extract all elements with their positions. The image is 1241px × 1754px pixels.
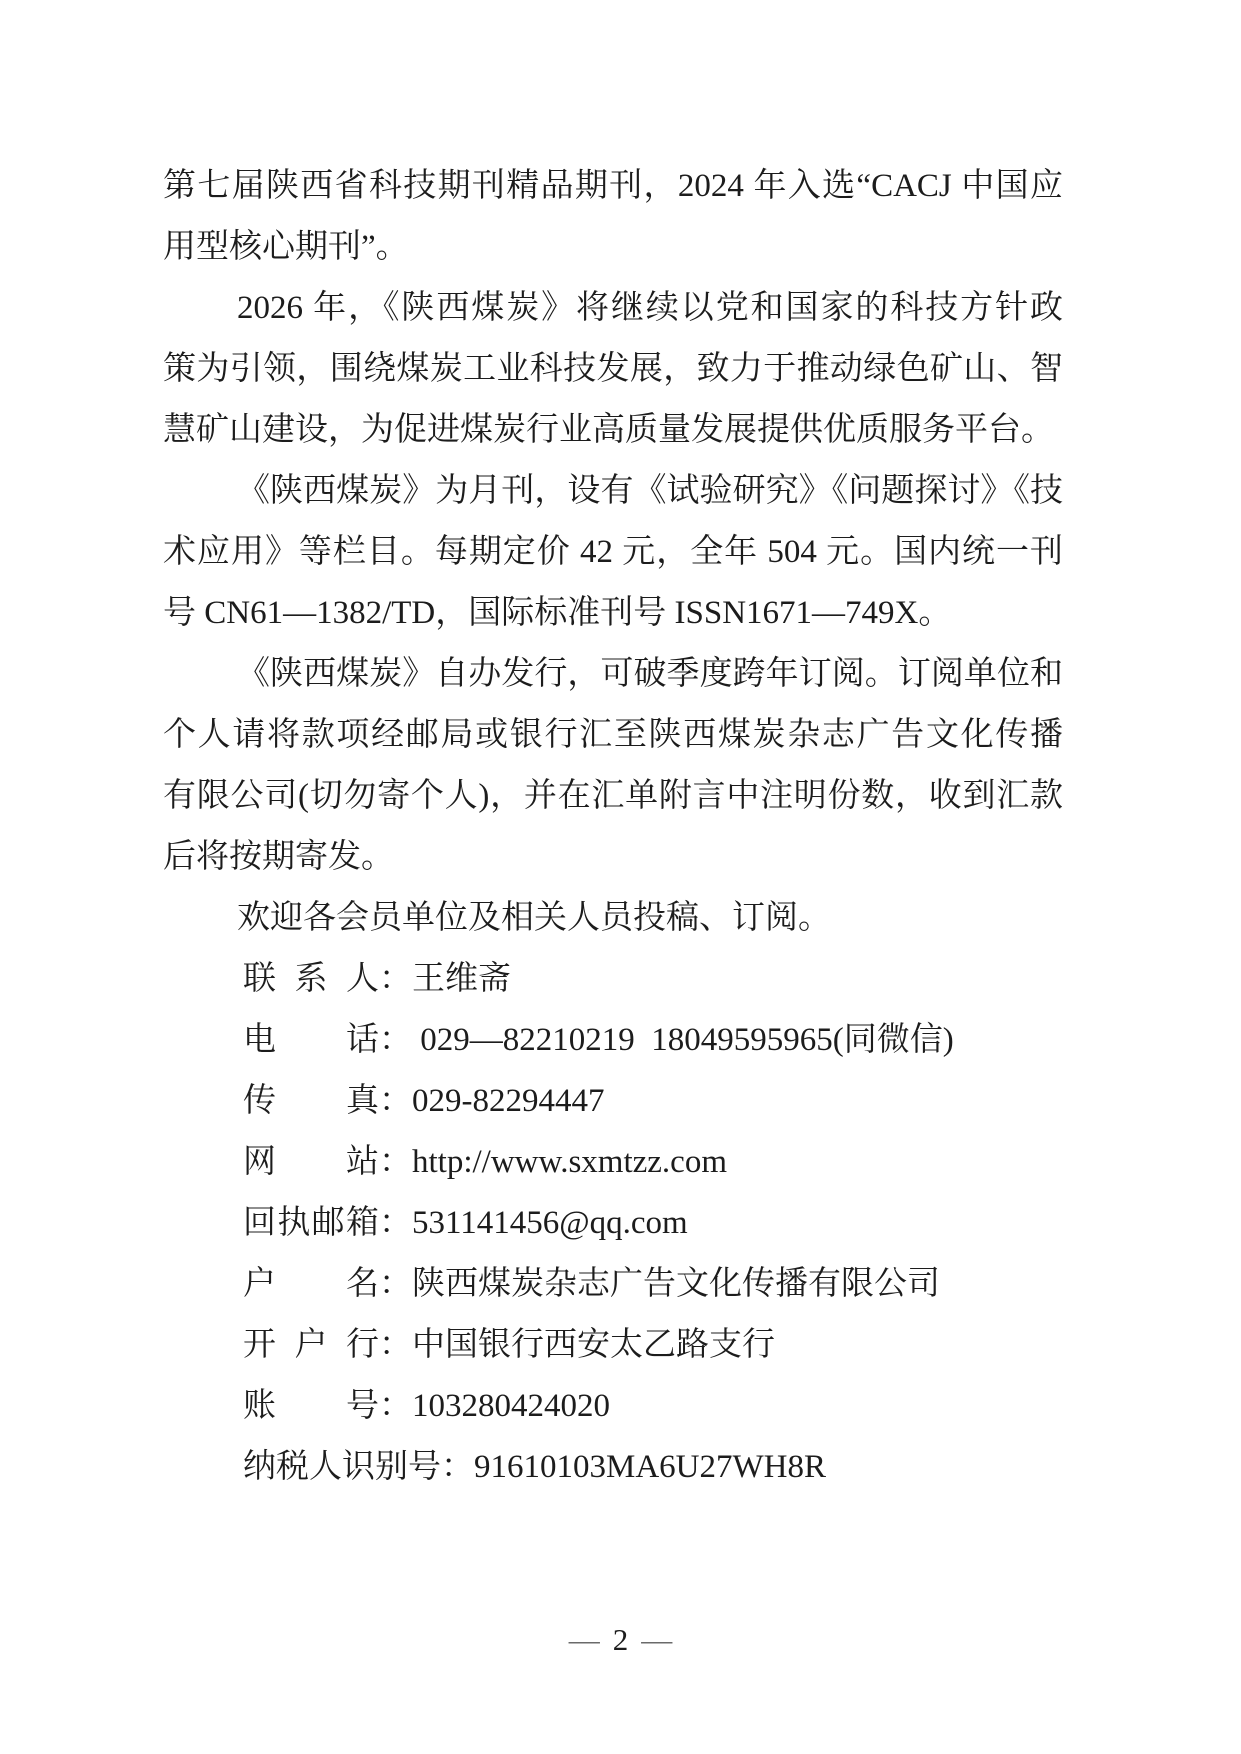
contact-value: 531141456@qq.com <box>412 1205 688 1241</box>
paragraph: 《陕西煤炭》为月刊，设有《试验研究》《问题探讨》《技术应用》等栏目。每期定价 4… <box>163 461 1063 644</box>
contact-label: 纳税人识别号 <box>243 1449 441 1485</box>
contact-label: 联系人 <box>243 949 379 1010</box>
paragraph-line: 策为引领，围绕煤炭工业科技发展，致力于推动绿色矿山、智 <box>163 339 1063 400</box>
page-footer: —2— <box>0 1612 1241 1668</box>
contact-colon: ： <box>379 1388 412 1424</box>
contact-label: 回执邮箱 <box>243 1193 379 1254</box>
contact-label: 户名 <box>243 1254 379 1315</box>
paragraph: 欢迎各会员单位及相关人员投稿、订阅。 <box>163 888 1063 949</box>
paragraph: 《陕西煤炭》自办发行，可破季度跨年订阅。订阅单位和个人请将款项经邮局或银行汇至陕… <box>163 644 1063 888</box>
paragraph-line: 2026 年，《陕西煤炭》将继续以党和国家的科技方针政 <box>163 278 1063 339</box>
paragraph-line: 用型核心期刊”。 <box>163 217 1063 278</box>
contact-row: 网站：http://www.sxmtzz.com <box>163 1132 1063 1193</box>
contact-colon: ： <box>379 1327 412 1363</box>
paragraph: 第七届陕西省科技期刊精品期刊，2024 年入选“CACJ 中国应用型核心期刊”。 <box>163 156 1063 278</box>
document-page: 第七届陕西省科技期刊精品期刊，2024 年入选“CACJ 中国应用型核心期刊”。… <box>0 0 1241 1754</box>
contact-row: 传真：029-82294447 <box>163 1071 1063 1132</box>
contact-row: 联系人：王维斋 <box>163 949 1063 1010</box>
paragraph-line: 号 CN61—1382/TD，国际标准刊号 ISSN1671—749X。 <box>163 583 1063 644</box>
paragraph-line: 《陕西煤炭》为月刊，设有《试验研究》《问题探讨》《技 <box>163 461 1063 522</box>
contact-label: 账号 <box>243 1376 379 1437</box>
paragraph-line: 第七届陕西省科技期刊精品期刊，2024 年入选“CACJ 中国应 <box>163 156 1063 217</box>
paragraph-line: 有限公司(切勿寄个人)，并在汇单附言中注明份数，收到汇款 <box>163 766 1063 827</box>
page-number: 2 <box>613 1622 629 1657</box>
footer-dash-left: — <box>569 1622 600 1657</box>
paragraph-line: 术应用》等栏目。每期定价 42 元，全年 504 元。国内统一刊 <box>163 522 1063 583</box>
contact-list: 联系人：王维斋电话： 029—82210219 18049595965(同微信)… <box>163 949 1063 1498</box>
contact-colon: ： <box>379 1144 412 1180</box>
contact-row: 纳税人识别号：91610103MA6U27WH8R <box>163 1437 1063 1498</box>
footer-dash-right: — <box>641 1622 672 1657</box>
paragraph-line: 欢迎各会员单位及相关人员投稿、订阅。 <box>163 888 1063 949</box>
contact-value: 91610103MA6U27WH8R <box>474 1449 826 1485</box>
contact-colon: ： <box>379 961 412 997</box>
contact-colon: ： <box>441 1449 474 1485</box>
paragraph: 2026 年，《陕西煤炭》将继续以党和国家的科技方针政策为引领，围绕煤炭工业科技… <box>163 278 1063 461</box>
paragraph-line: 个人请将款项经邮局或银行汇至陕西煤炭杂志广告文化传播 <box>163 705 1063 766</box>
document-body: 第七届陕西省科技期刊精品期刊，2024 年入选“CACJ 中国应用型核心期刊”。… <box>163 156 1063 1498</box>
contact-value: 103280424020 <box>412 1388 610 1424</box>
contact-row: 户名：陕西煤炭杂志广告文化传播有限公司 <box>163 1254 1063 1315</box>
paragraph-line: 慧矿山建设，为促进煤炭行业高质量发展提供优质服务平台。 <box>163 400 1063 461</box>
contact-colon: ： <box>379 1083 412 1119</box>
contact-value: http://www.sxmtzz.com <box>412 1144 727 1180</box>
contact-value: 029-82294447 <box>412 1083 605 1119</box>
contact-colon: ： <box>379 1266 412 1302</box>
contact-row: 账号：103280424020 <box>163 1376 1063 1437</box>
contact-row: 回执邮箱：531141456@qq.com <box>163 1193 1063 1254</box>
contact-colon: ： <box>379 1205 412 1241</box>
contact-colon: ： <box>379 1022 412 1058</box>
contact-row: 电话： 029—82210219 18049595965(同微信) <box>163 1010 1063 1071</box>
contact-value: 王维斋 <box>412 961 511 997</box>
paragraph-line: 《陕西煤炭》自办发行，可破季度跨年订阅。订阅单位和 <box>163 644 1063 705</box>
contact-row: 开户行：中国银行西安太乙路支行 <box>163 1315 1063 1376</box>
contact-value: 029—82210219 18049595965(同微信) <box>412 1022 954 1058</box>
contact-label: 开户行 <box>243 1315 379 1376</box>
contact-value: 陕西煤炭杂志广告文化传播有限公司 <box>412 1266 940 1302</box>
contact-value: 中国银行西安太乙路支行 <box>412 1327 775 1363</box>
contact-label: 传真 <box>243 1071 379 1132</box>
contact-label: 电话 <box>243 1010 379 1071</box>
contact-label: 网站 <box>243 1132 379 1193</box>
paragraph-line: 后将按期寄发。 <box>163 827 1063 888</box>
